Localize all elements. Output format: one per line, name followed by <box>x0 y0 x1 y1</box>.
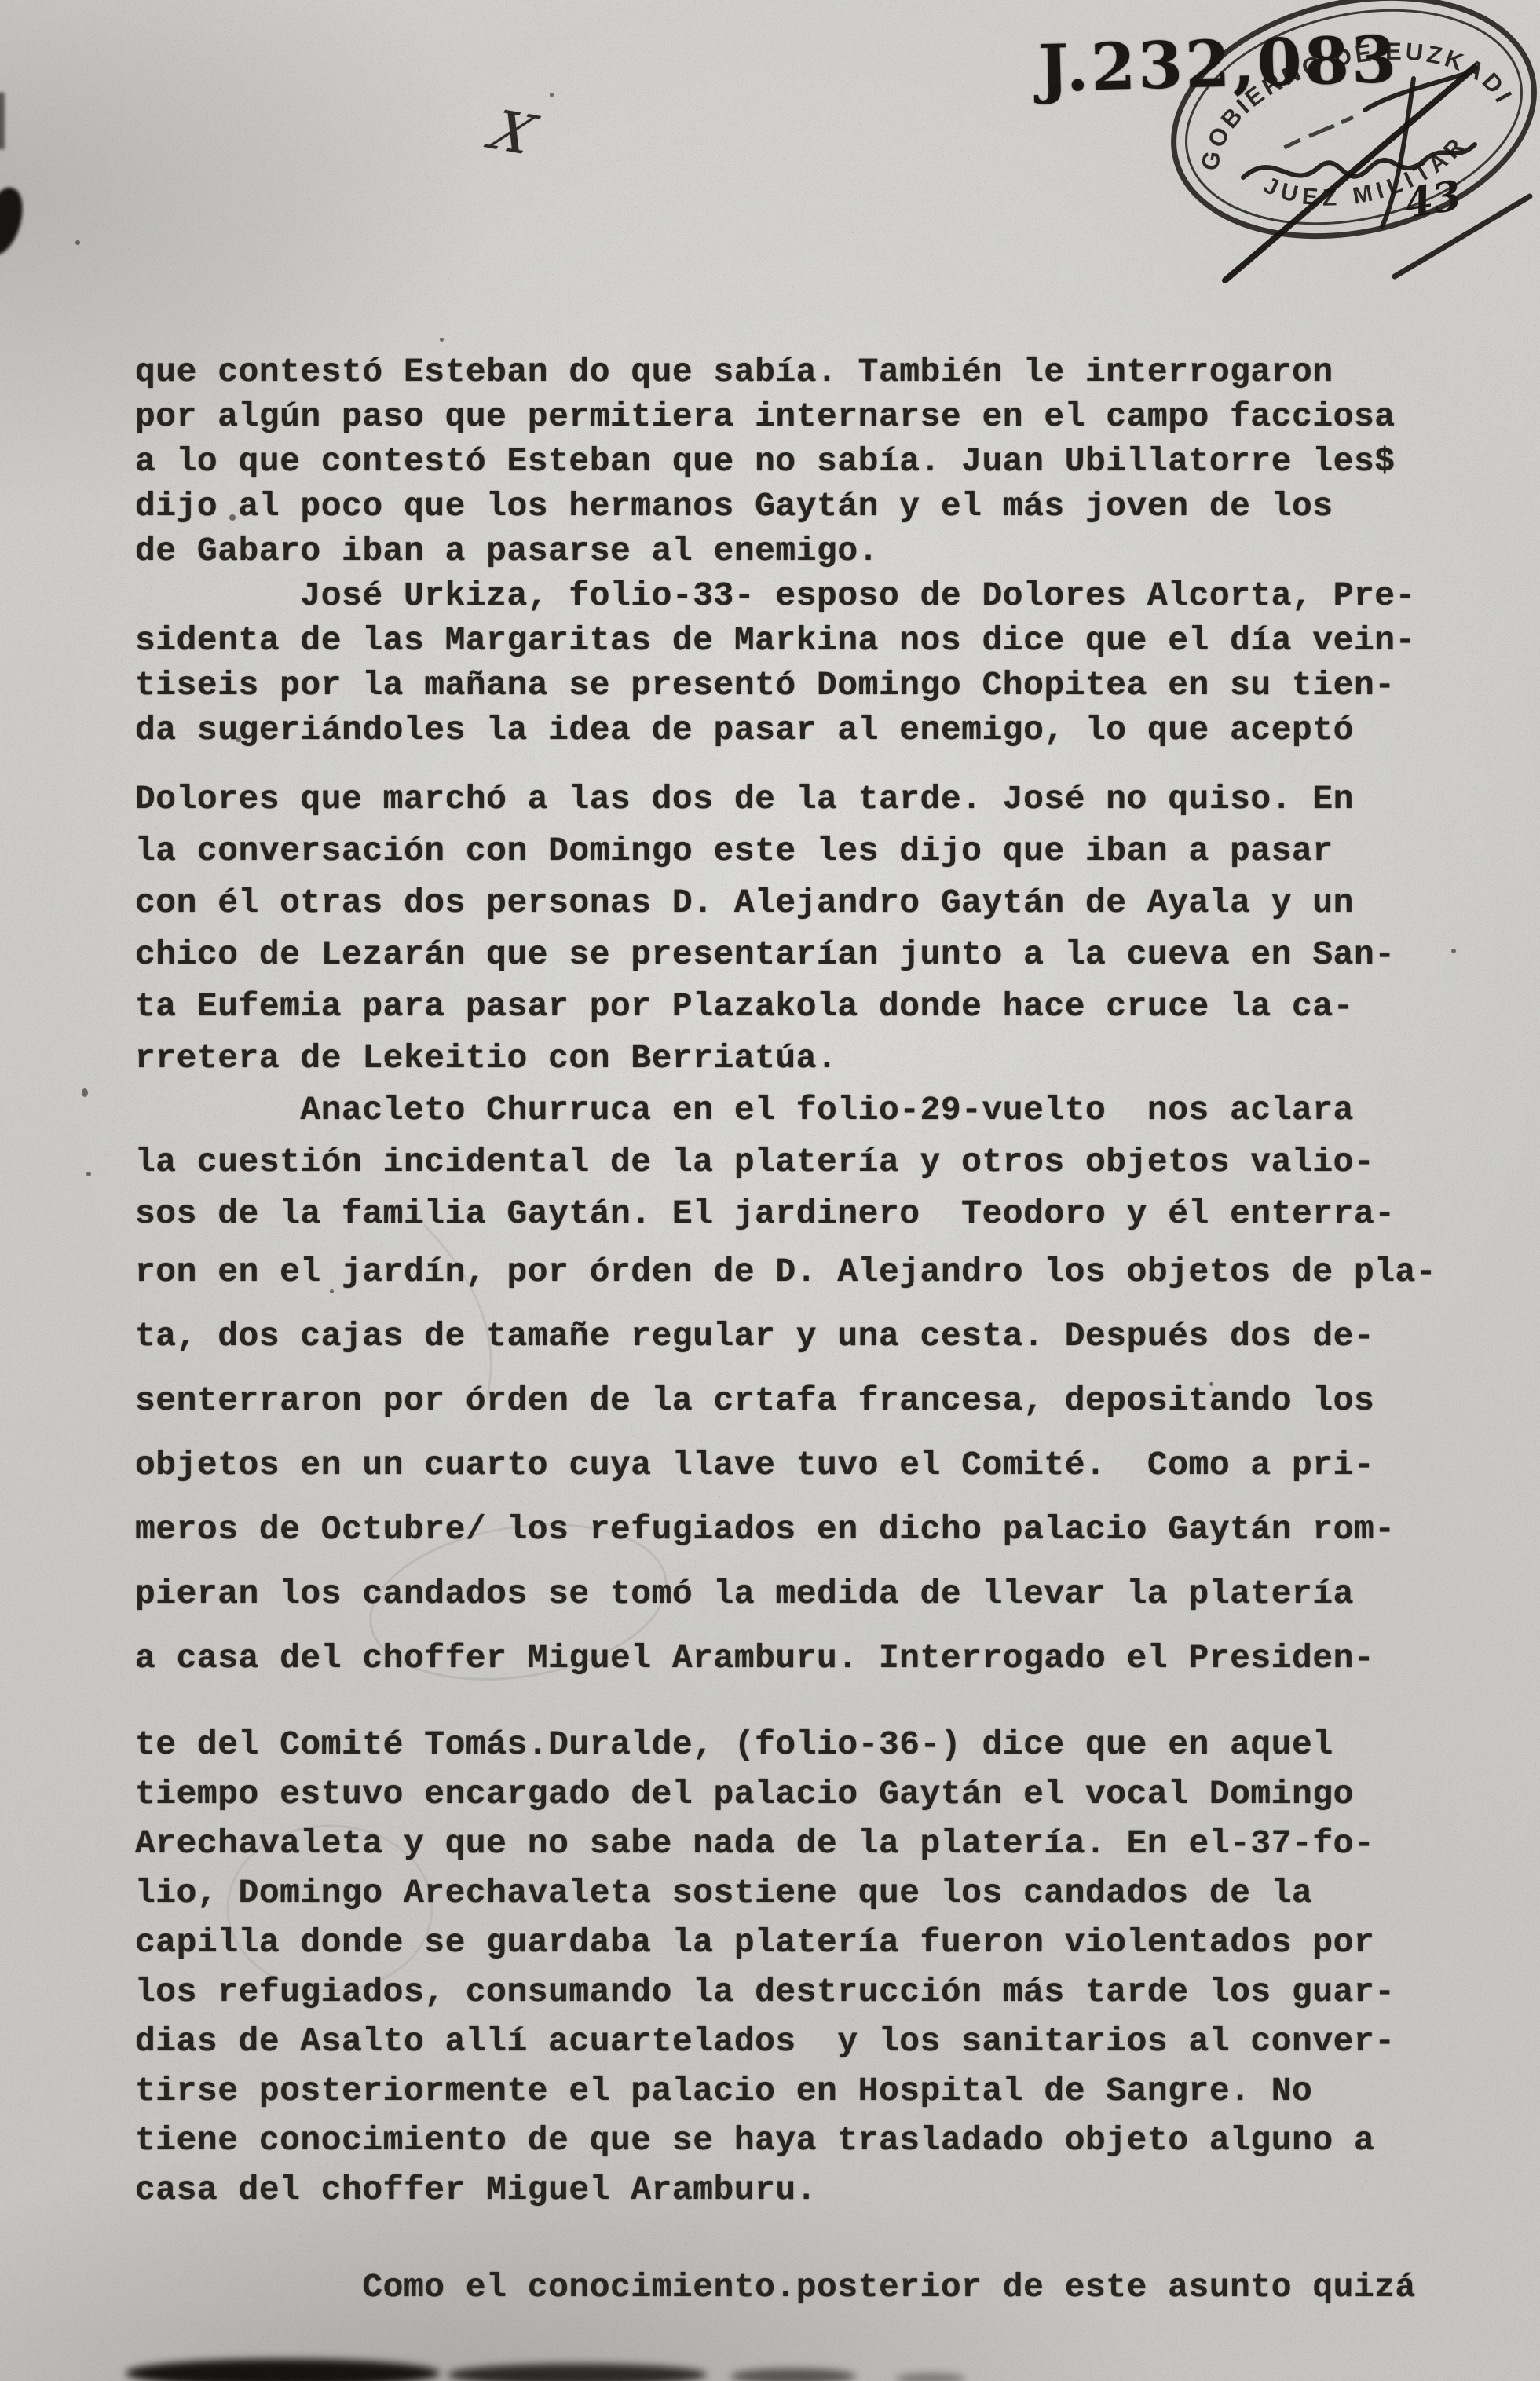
typed-paragraph-5: Como el conocimiento.posterior de este a… <box>135 2265 1416 2310</box>
scan-edge-smudge <box>895 2373 966 2381</box>
scan-edge-smudge <box>730 2368 856 2381</box>
ink-speck <box>86 1172 91 1176</box>
stamp-center-dashes <box>1281 117 1356 148</box>
typed-paragraph-2: Dolores que marchó a las dos de la tarde… <box>135 774 1396 1240</box>
ink-blotch-left-edge <box>0 183 31 259</box>
ink-speck <box>440 338 444 342</box>
ink-speck <box>75 240 80 245</box>
scan-edge-smudge <box>126 2359 440 2381</box>
ink-speck <box>82 1088 88 1097</box>
document-number: J.232,083 <box>1037 22 1399 107</box>
scan-edge-smudge <box>448 2364 707 2381</box>
ink-speck <box>550 93 554 97</box>
scan-edge-mark <box>0 93 5 149</box>
scanned-document-page: X J.232,083 GOBIERNO DE EUZKADI JUEZ MIL… <box>0 0 1540 2381</box>
handwritten-page-number: 43 <box>1401 171 1465 229</box>
handwritten-x-mark: X <box>482 99 543 167</box>
typed-paragraph-1: que contestó Esteban do que sabía. Tambi… <box>135 349 1416 752</box>
typed-paragraph-4: te del Comité Tomás.Duralde, (folio-36-)… <box>135 1720 1396 2215</box>
ink-speck <box>1451 949 1456 953</box>
typed-paragraph-3: ron en el jardín, por órden de D. Alejan… <box>135 1240 1436 1691</box>
